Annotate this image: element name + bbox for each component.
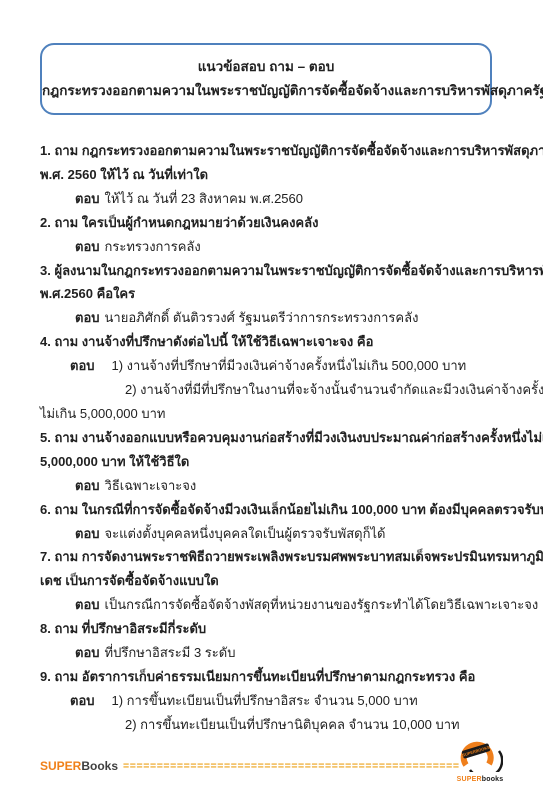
document-line: ตอบให้ไว้ ณ วันที่ 23 สิงหาคม พ.ศ.2560 [40, 187, 508, 211]
document-line: ตอบที่ปรึกษาอิสระมี 3 ระดับ [40, 641, 508, 665]
document-line: ตอบนายอภิศักดิ์ ตันติวรวงศ์ รัฐมนตรีว่าก… [40, 306, 508, 330]
document-line: 7. ถาม การจัดงานพระราชพิธีถวายพระเพลิงพร… [40, 545, 508, 569]
document-line: ตอบ1) งานจ้างที่ปรึกษาที่มีวงเงินค่าจ้าง… [40, 354, 508, 378]
logo-caption: SUPERbooks [455, 776, 505, 783]
document-line: 2) งานจ้างที่มีที่ปรึกษาในงานที่จะจ้างนั… [40, 378, 508, 402]
answer-text: 2) งานจ้างที่มีที่ปรึกษาในงานที่จะจ้างนั… [125, 382, 543, 397]
question-text: 6. ถาม ในกรณีที่การจัดซื้อจัดจ้างมีวงเงิ… [40, 502, 543, 517]
footer-divider: ========================================… [123, 760, 500, 772]
question-text: พ.ศ.2560 คือใคร [40, 286, 135, 301]
document-line: 9. ถาม อัตราการเก็บค่าธรรมเนียมการขึ้นทะ… [40, 665, 508, 689]
document-line: 3. ผู้ลงนามในกฎกระทรวงออกตามความในพระราช… [40, 259, 508, 283]
document-line: ตอบวิธีเฉพาะเจาะจง [40, 474, 508, 498]
document-line: ตอบกระทรวงการคลัง [40, 235, 508, 259]
question-text: 9. ถาม อัตราการเก็บค่าธรรมเนียมการขึ้นทะ… [40, 669, 475, 684]
logo-caption-books: books [482, 776, 504, 783]
footer-brand: SUPERBooks [40, 759, 118, 773]
answer-label: ตอบ [75, 239, 100, 254]
footer-brand-books: Books [81, 759, 118, 773]
answer-text: เป็นกรณีการจัดซื้อจัดจ้างพัสดุที่หน่วยงา… [105, 597, 539, 612]
document-line: 8. ถาม ที่ปรึกษาอิสระมีกี่ระดับ [40, 617, 508, 641]
document-line: 4. ถาม งานจ้างที่ปรึกษาดังต่อไปนี้ ให้ใช… [40, 330, 508, 354]
document-line: 1. ถาม กฎกระทรวงออกตามความในพระราชบัญญัต… [40, 139, 508, 163]
answer-text: 1) งานจ้างที่ปรึกษาที่มีวงเงินค่าจ้างครั… [112, 358, 467, 373]
page-footer: SUPERBooks =============================… [40, 759, 505, 773]
document-line: ตอบจะแต่งตั้งบุคคลหนึ่งบุคคลใดเป็นผู้ตรว… [40, 522, 508, 546]
answer-text: 1) การขึ้นทะเบียนเป็นที่ปรึกษาอิสระ จำนว… [112, 693, 418, 708]
answer-text: ที่ปรึกษาอิสระมี 3 ระดับ [105, 645, 236, 660]
answer-text: ไม่เกิน 5,000,000 บาท [40, 406, 166, 421]
answer-text: จะแต่งตั้งบุคคลหนึ่งบุคคลใดเป็นผู้ตรวจรั… [105, 526, 386, 541]
answer-label: ตอบ [75, 478, 100, 493]
answer-text: นายอภิศักดิ์ ตันติวรวงศ์ รัฐมนตรีว่าการก… [105, 310, 419, 325]
answer-label: ตอบ [75, 526, 100, 541]
answer-label: ตอบ [70, 693, 95, 708]
question-text: 2. ถาม ใครเป็นผู้กำหนดกฎหมายว่าด้วยเงินค… [40, 215, 318, 230]
question-text: 3. ผู้ลงนามในกฎกระทรวงออกตามความในพระราช… [40, 263, 543, 278]
document-line: พ.ศ. 2560 ให้ไว้ ณ วันที่เท่าใด [40, 163, 508, 187]
regulation-title: กฎกระทรวงออกตามความในพระราชบัญญัติการจัด… [42, 82, 490, 100]
footer-brand-super: SUPER [40, 759, 81, 773]
question-text: 7. ถาม การจัดงานพระราชพิธีถวายพระเพลิงพร… [40, 549, 543, 564]
document-line: ตอบ1) การขึ้นทะเบียนเป็นที่ปรึกษาอิสระ จ… [40, 689, 508, 713]
document-line: เดช เป็นการจัดซื้อจัดจ้างแบบใด [40, 569, 508, 593]
document-line: 6. ถาม ในกรณีที่การจัดซื้อจัดจ้างมีวงเงิ… [40, 498, 508, 522]
question-text: 5. ถาม งานจ้างออกแบบหรือควบคุมงานก่อสร้า… [40, 430, 543, 445]
logo-caption-super: SUPER [457, 776, 482, 783]
document-line: 2) การขึ้นทะเบียนเป็นที่ปรึกษานิติบุคคล … [40, 713, 508, 737]
document-line: ไม่เกิน 5,000,000 บาท [40, 402, 508, 426]
document-line: 5,000,000 บาท ให้ใช้วิธีใด [40, 450, 508, 474]
document-line: ตอบเป็นกรณีการจัดซื้อจัดจ้างพัสดุที่หน่ว… [40, 593, 508, 617]
document-line: 2. ถาม ใครเป็นผู้กำหนดกฎหมายว่าด้วยเงินค… [40, 211, 508, 235]
exam-guide-title: แนวข้อสอบ ถาม – ตอบ [42, 58, 490, 76]
publisher-logo: SUPERBOOKS SUPERbooks [455, 736, 505, 783]
question-text: พ.ศ. 2560 ให้ไว้ ณ วันที่เท่าใด [40, 167, 208, 182]
answer-label: ตอบ [70, 358, 95, 373]
document-page: แนวข้อสอบ ถาม – ตอบ กฎกระทรวงออกตามความใ… [0, 0, 543, 798]
question-text: 4. ถาม งานจ้างที่ปรึกษาดังต่อไปนี้ ให้ใช… [40, 334, 373, 349]
answer-label: ตอบ [75, 310, 100, 325]
question-text: 5,000,000 บาท ให้ใช้วิธีใด [40, 454, 189, 469]
document-line: พ.ศ.2560 คือใคร [40, 282, 508, 306]
document-lines: 1. ถาม กฎกระทรวงออกตามความในพระราชบัญญัต… [40, 139, 508, 737]
answer-text: วิธีเฉพาะเจาะจง [105, 478, 197, 493]
answer-text: ให้ไว้ ณ วันที่ 23 สิงหาคม พ.ศ.2560 [105, 191, 303, 206]
document-line: 5. ถาม งานจ้างออกแบบหรือควบคุมงานก่อสร้า… [40, 426, 508, 450]
answer-text: กระทรวงการคลัง [105, 239, 201, 254]
answer-label: ตอบ [75, 645, 100, 660]
answer-label: ตอบ [75, 597, 100, 612]
superbooks-logo-icon: SUPERBOOKS [457, 736, 503, 772]
question-text: เดช เป็นการจัดซื้อจัดจ้างแบบใด [40, 573, 219, 588]
answer-label: ตอบ [75, 191, 100, 206]
question-text: 1. ถาม กฎกระทรวงออกตามความในพระราชบัญญัต… [40, 143, 543, 158]
header-box: แนวข้อสอบ ถาม – ตอบ กฎกระทรวงออกตามความใ… [40, 43, 492, 115]
answer-text: 2) การขึ้นทะเบียนเป็นที่ปรึกษานิติบุคคล … [125, 717, 460, 732]
question-text: 8. ถาม ที่ปรึกษาอิสระมีกี่ระดับ [40, 621, 206, 636]
